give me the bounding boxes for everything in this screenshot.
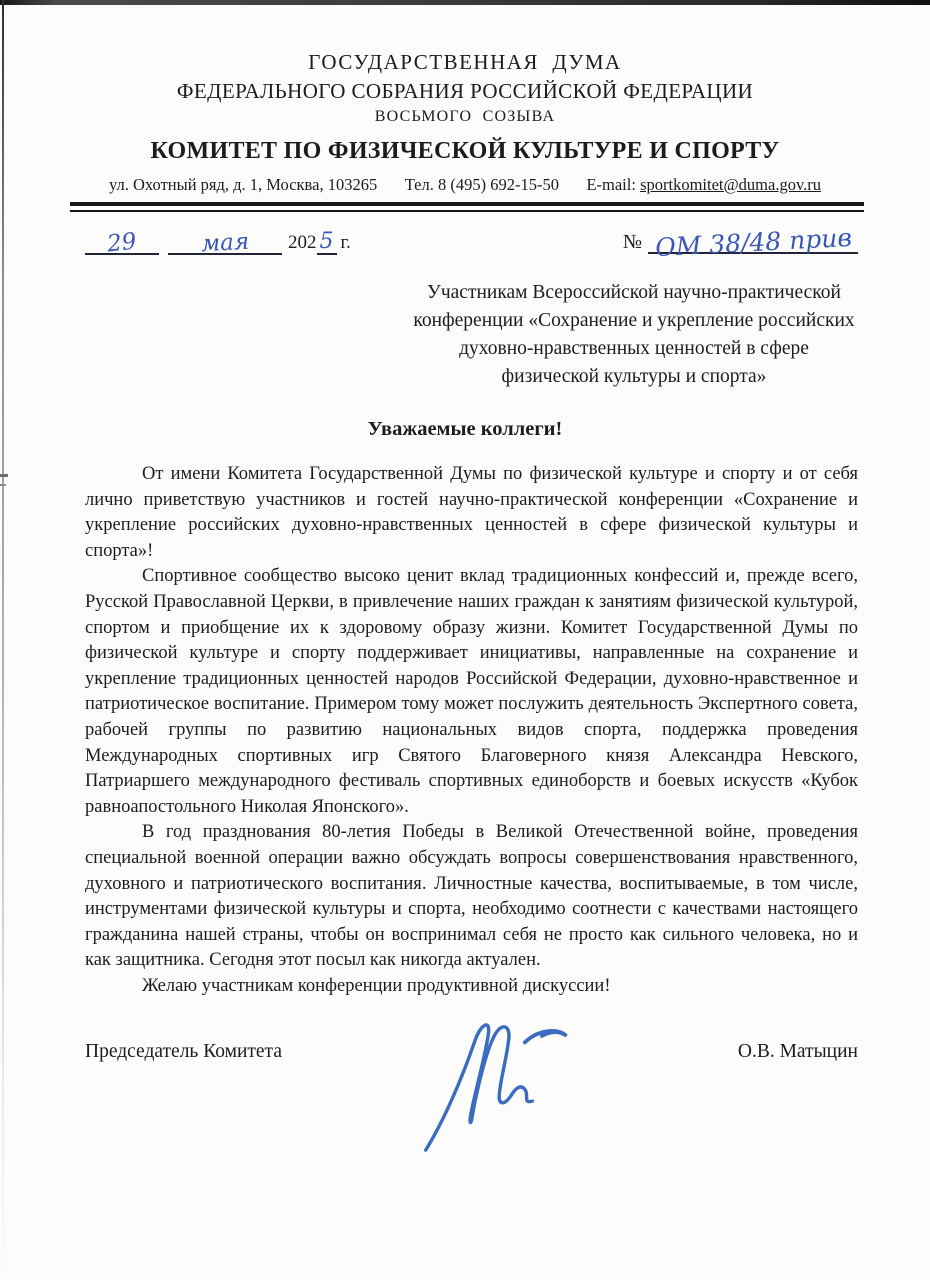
date-day-blank: 29	[85, 230, 159, 255]
number-field: № ОМ 38/48 прив	[623, 227, 858, 254]
paragraph-community: Спортивное сообщество высоко ценит вклад…	[85, 564, 858, 820]
signoff-block: Председатель Комитета О.В. Матыцин	[85, 1041, 858, 1063]
paragraph-greeting: От имени Комитета Государственной Думы п…	[85, 462, 858, 564]
scan-artifact	[0, 484, 6, 486]
scan-edge-left	[2, 0, 4, 1280]
committee-title: КОМИТЕТ ПО ФИЗИЧЕСКОЙ КУЛЬТУРЕ И СПОРТУ	[0, 138, 930, 165]
date-field: 29 мая 202 5 г.	[85, 230, 351, 255]
org-name-line2: ФЕДЕРАЛЬНОГО СОБРАНИЯ РОССИЙСКОЙ ФЕДЕРАЦ…	[0, 79, 930, 104]
org-name-line1: ГОСУДАРСТВЕННАЯ ДУМА	[0, 50, 930, 75]
date-year-blank: 5	[317, 231, 337, 255]
handwritten-number: ОМ 38/48 прив	[654, 225, 852, 260]
year-suffix: г.	[341, 232, 351, 254]
printed-year-prefix: 202	[288, 232, 317, 254]
handwritten-year-digit: 5	[320, 231, 334, 253]
email-line: E-mail: sportkomitet@duma.gov.ru	[586, 175, 821, 195]
handwritten-signature-icon	[415, 1009, 575, 1159]
letter-body: От имени Комитета Государственной Думы п…	[85, 462, 858, 999]
handwritten-day: 29	[106, 231, 138, 257]
contact-line: ул. Охотный ряд, д. 1, Москва, 103265 Те…	[109, 175, 821, 195]
phone-number: Тел. 8 (495) 692-15-50	[405, 175, 559, 195]
org-convocation-line: ВОСЬМОГО СОЗЫВА	[0, 108, 930, 126]
email-address: sportkomitet@duma.gov.ru	[640, 175, 821, 194]
letterhead-divider	[70, 202, 864, 212]
postal-address: ул. Охотный ряд, д. 1, Москва, 103265	[109, 175, 377, 195]
number-blank: ОМ 38/48 прив	[648, 227, 858, 254]
salutation: Уважаемые коллеги!	[0, 418, 930, 441]
paragraph-victory: В год празднования 80-летия Победы в Вел…	[85, 820, 858, 974]
date-and-number-line: 29 мая 202 5 г. № ОМ 38/48 прив	[85, 227, 858, 255]
scan-artifact	[0, 474, 8, 477]
letterhead: ГОСУДАРСТВЕННАЯ ДУМА ФЕДЕРАЛЬНОГО СОБРАН…	[0, 0, 930, 195]
addressee-block: Участникам Всероссийской научно-практиче…	[408, 279, 860, 391]
email-label: E-mail:	[586, 175, 640, 194]
signer-position: Председатель Комитета	[85, 1041, 282, 1063]
date-month-blank: мая	[168, 230, 282, 255]
number-sign: №	[623, 231, 642, 254]
scanned-letter-page: ГОСУДАРСТВЕННАЯ ДУМА ФЕДЕРАЛЬНОГО СОБРАН…	[0, 0, 930, 1280]
scan-edge-top	[0, 0, 930, 5]
signer-name: О.В. Матыцин	[738, 1041, 858, 1063]
paragraph-wish: Желаю участникам конференции продуктивно…	[85, 974, 858, 1000]
handwritten-month: мая	[201, 231, 250, 256]
